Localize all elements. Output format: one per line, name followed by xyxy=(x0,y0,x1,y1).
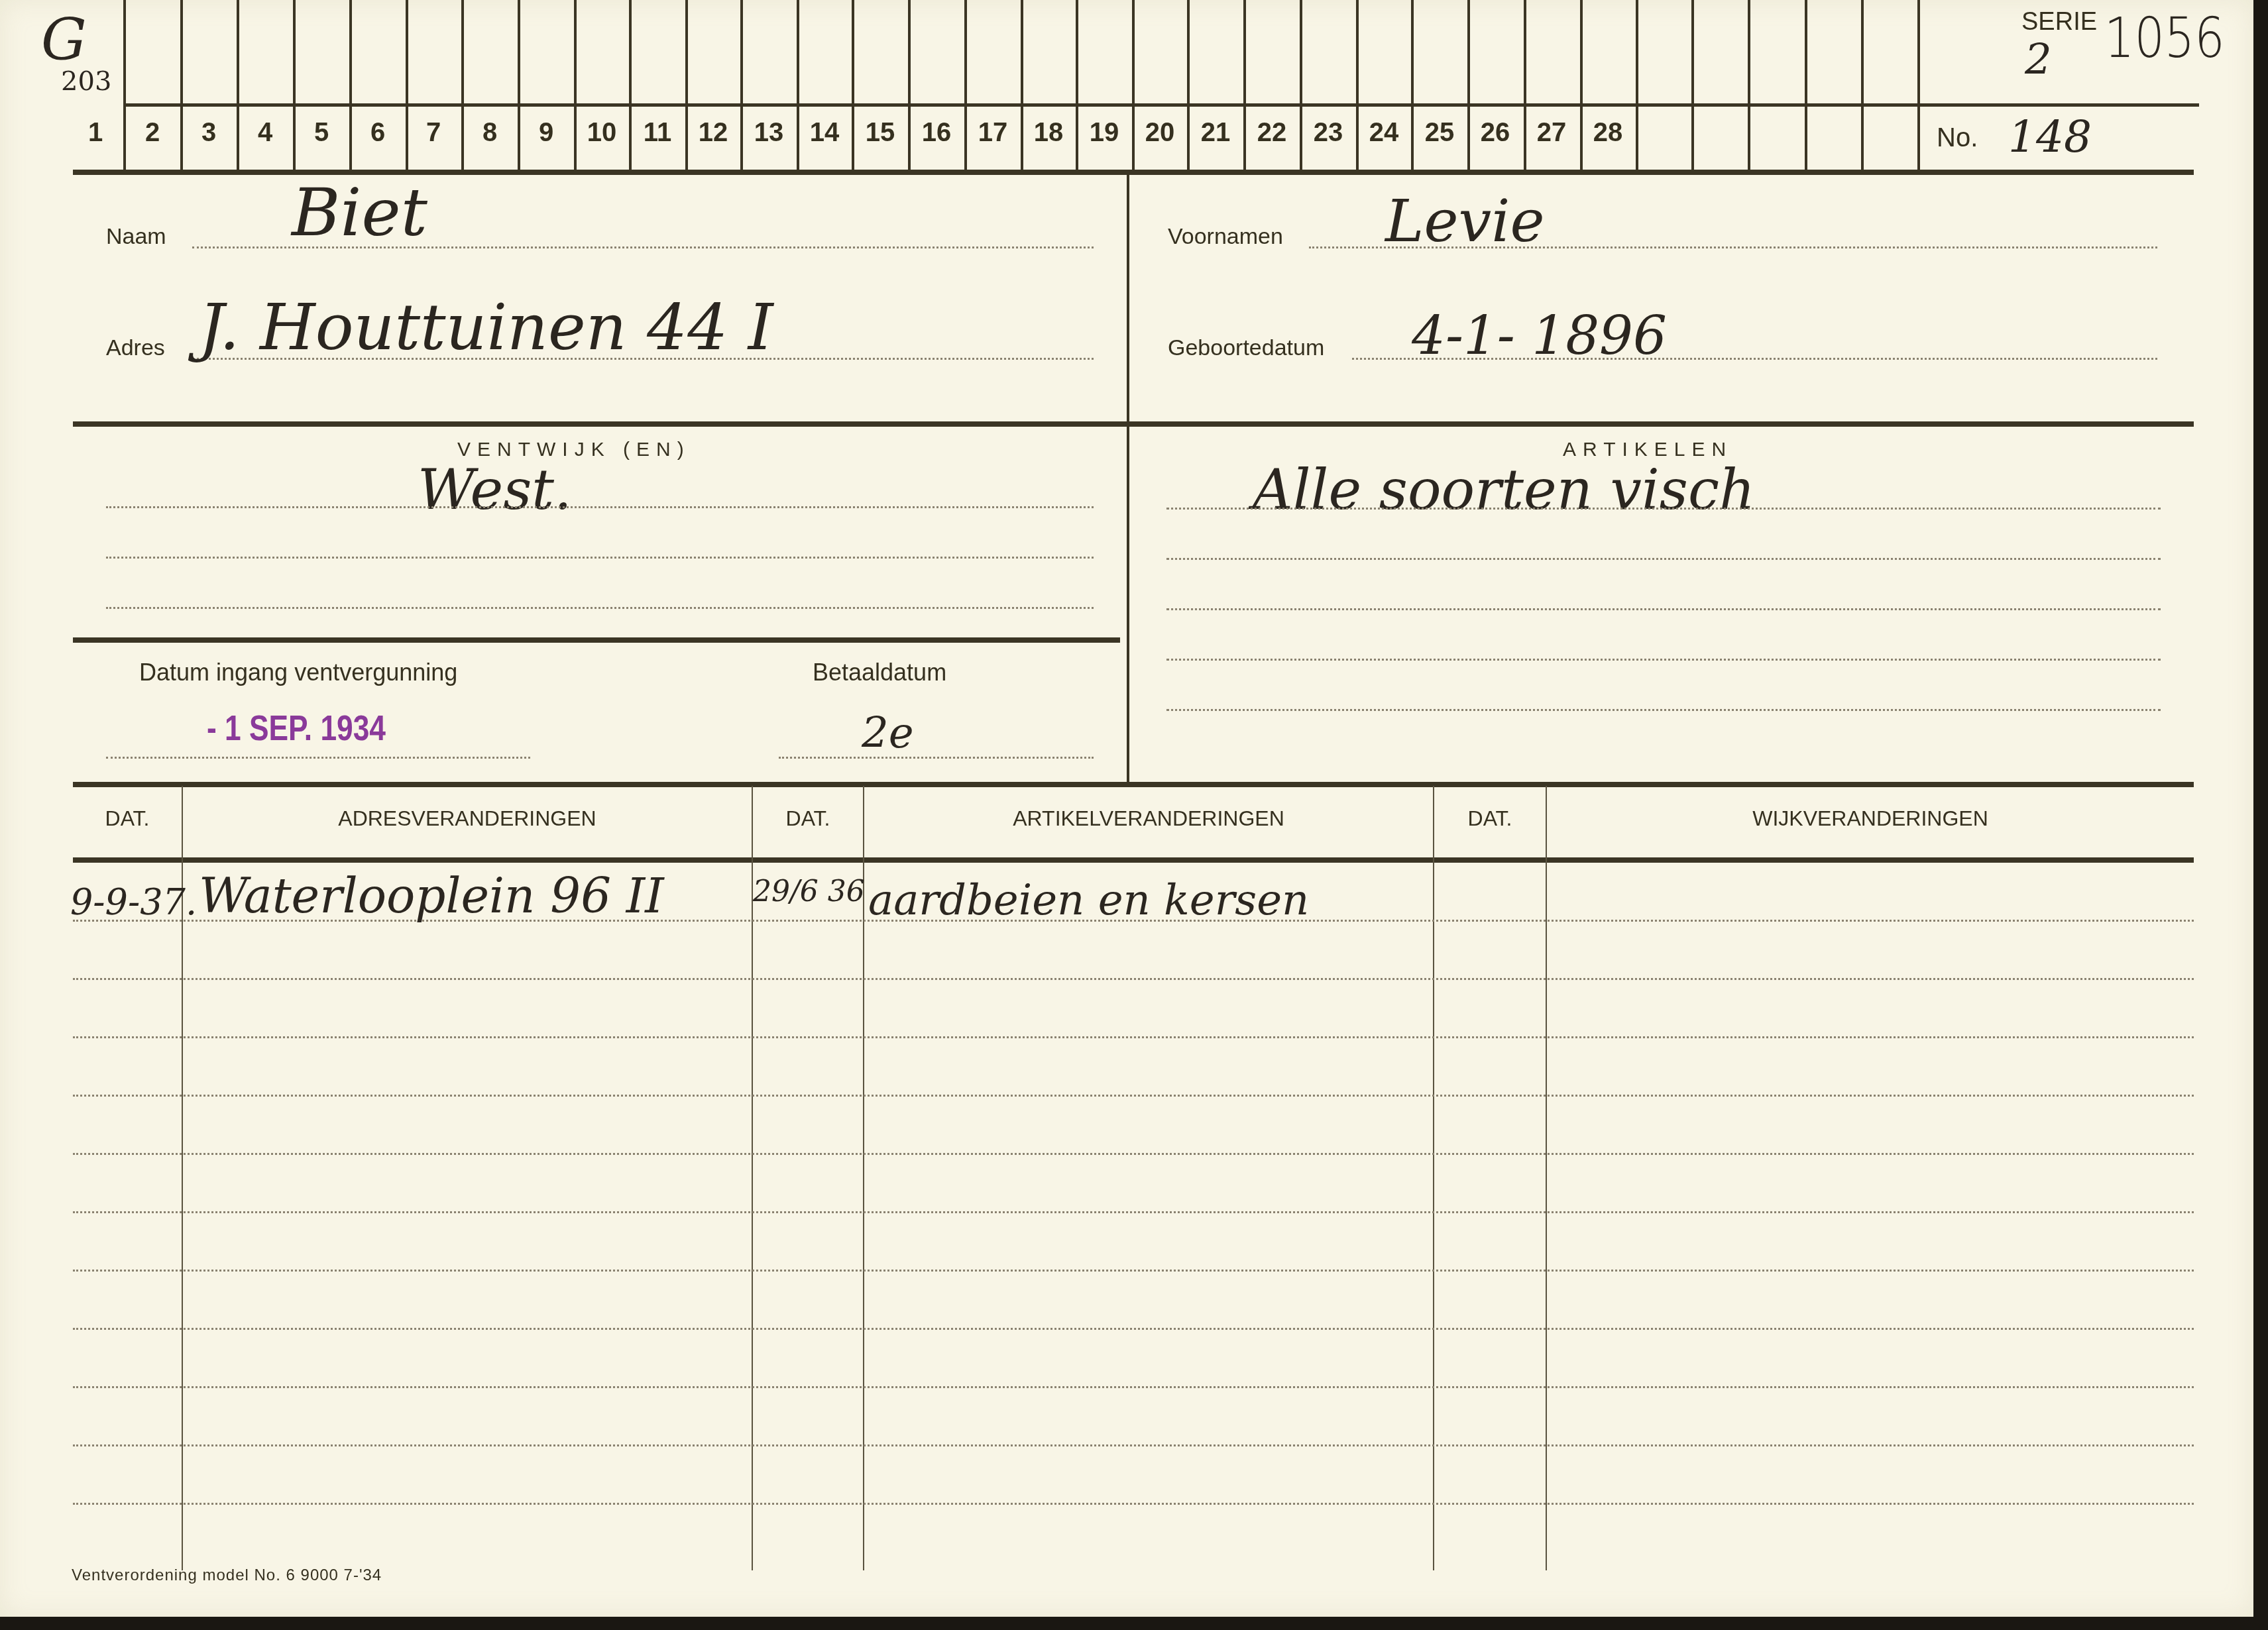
day-number: 14 xyxy=(797,118,852,148)
table-header-bottom-line xyxy=(73,857,2194,863)
artikelen-value[interactable]: Alle soorten visch xyxy=(1253,457,1755,522)
day-number: 7 xyxy=(406,118,461,148)
naam-label: Naam xyxy=(106,224,166,250)
table-header-artikelveranderingen: ARTIKELVERANDERINGEN xyxy=(864,788,1433,848)
corner-sub-note: 203 xyxy=(61,66,111,97)
section-line-left xyxy=(73,637,1120,643)
ventwijk-line-2 xyxy=(106,557,1094,559)
day-number: 6 xyxy=(350,118,406,148)
geboortedatum-value[interactable]: 4-1- 1896 xyxy=(1412,305,1667,366)
grid-col-line xyxy=(1691,0,1694,171)
table-col-line xyxy=(1433,786,1434,1570)
center-divider-lower xyxy=(1127,424,1129,782)
adres-change-value[interactable]: Waterlooplein 96 II xyxy=(199,868,664,924)
day-number: 11 xyxy=(630,118,685,148)
grid-col-line xyxy=(1805,0,1807,171)
adres-label: Adres xyxy=(106,335,165,361)
day-number: 4 xyxy=(237,118,293,148)
artikel-change-date[interactable]: 29/6 36 xyxy=(753,875,865,908)
adres-value[interactable]: J. Houttuinen 44 I xyxy=(199,290,773,364)
corner-note: G xyxy=(41,7,87,73)
table-row-line xyxy=(73,1386,2194,1388)
day-number: 10 xyxy=(574,118,630,148)
table-row-line xyxy=(73,1503,2194,1505)
day-number: 17 xyxy=(965,118,1021,148)
table-row-line xyxy=(73,1036,2194,1038)
betaaldatum-label: Betaaldatum xyxy=(813,659,946,686)
naam-value[interactable]: Biet xyxy=(292,174,427,251)
no-value: 148 xyxy=(2008,111,2092,162)
artikelen-line-5 xyxy=(1166,709,2161,711)
table-col-line xyxy=(1546,786,1547,1570)
voornamen-value[interactable]: Levie xyxy=(1385,187,1544,255)
serie-value: 2 xyxy=(2025,36,2052,85)
day-number: 25 xyxy=(1412,118,1467,148)
day-number: 28 xyxy=(1580,118,1636,148)
day-number: 8 xyxy=(462,118,518,148)
table-header-wijkveranderingen: WIJKVERANDERINGEN xyxy=(1547,788,2194,848)
adres-change-date[interactable]: 9-9-37. xyxy=(70,881,197,923)
artikelen-line-3 xyxy=(1166,608,2161,610)
artikelen-line-1 xyxy=(1166,508,2161,510)
day-number: 2 xyxy=(125,118,180,148)
datum-ingang-stamp[interactable]: - 1 SEP. 1934 xyxy=(207,708,386,749)
day-number: 23 xyxy=(1300,118,1356,148)
geboortedatum-label: Geboortedatum xyxy=(1168,335,1324,361)
table-row-line xyxy=(73,1270,2194,1272)
center-divider xyxy=(1127,174,1129,424)
ventwijk-value[interactable]: West. xyxy=(418,457,572,522)
grid-mid-line xyxy=(125,103,2199,107)
day-number: 21 xyxy=(1188,118,1243,148)
ventwijk-line-1 xyxy=(106,506,1094,508)
table-header-dat: DAT. xyxy=(73,788,182,848)
day-number: 9 xyxy=(518,118,574,148)
artikelen-line-2 xyxy=(1166,558,2161,560)
grid-col-line xyxy=(1636,0,1638,171)
ventwijk-line-3 xyxy=(106,607,1094,609)
grid-col-line xyxy=(1748,0,1750,171)
betaaldatum-line xyxy=(779,757,1094,759)
table-top-line xyxy=(73,782,2194,787)
table-row-line xyxy=(73,978,2194,980)
table-row-line xyxy=(73,1444,2194,1446)
no-label: No. xyxy=(1937,123,1978,153)
serie-label: SERIE xyxy=(2021,8,2097,36)
section-line xyxy=(73,421,2194,427)
artikelen-line-4 xyxy=(1166,659,2161,661)
table-row-line xyxy=(73,1211,2194,1213)
table-row-line xyxy=(73,1328,2194,1330)
day-number: 26 xyxy=(1467,118,1523,148)
table-header-dat: DAT. xyxy=(753,788,863,848)
betaaldatum-value[interactable]: 2e xyxy=(862,709,914,758)
datum-ingang-label: Datum ingang ventvergunning xyxy=(139,659,457,686)
day-number: 16 xyxy=(909,118,964,148)
artikel-change-value[interactable]: aardbeien en kersen xyxy=(868,876,1309,925)
day-number: 18 xyxy=(1021,118,1076,148)
table-header-adresveranderingen: ADRESVERANDERINGEN xyxy=(183,788,752,848)
datum-ingang-line xyxy=(106,757,530,759)
grid-col-line xyxy=(1861,0,1864,171)
day-number: 22 xyxy=(1244,118,1300,148)
day-number: 5 xyxy=(294,118,349,148)
day-number: 3 xyxy=(181,118,237,148)
day-number: 20 xyxy=(1132,118,1188,148)
day-number: 19 xyxy=(1076,118,1132,148)
day-number: 27 xyxy=(1524,118,1579,148)
form-model-footer: Ventverordening model No. 6 9000 7-'34 xyxy=(72,1566,382,1585)
table-row-line xyxy=(73,1153,2194,1155)
day-number: 12 xyxy=(685,118,741,148)
table-header-dat: DAT. xyxy=(1434,788,1546,848)
table-row-line xyxy=(73,1095,2194,1097)
day-number: 13 xyxy=(741,118,797,148)
day-number: 1 xyxy=(68,118,123,148)
day-number: 15 xyxy=(852,118,908,148)
card-number: 1056 xyxy=(2104,5,2225,70)
grid-col-line xyxy=(1917,0,1920,171)
registration-card: 1 2 3 4 5 6 7 8 9 10 11 12 13 14 15 16 1… xyxy=(0,0,2253,1617)
voornamen-label: Voornamen xyxy=(1168,224,1283,250)
day-number: 24 xyxy=(1356,118,1412,148)
